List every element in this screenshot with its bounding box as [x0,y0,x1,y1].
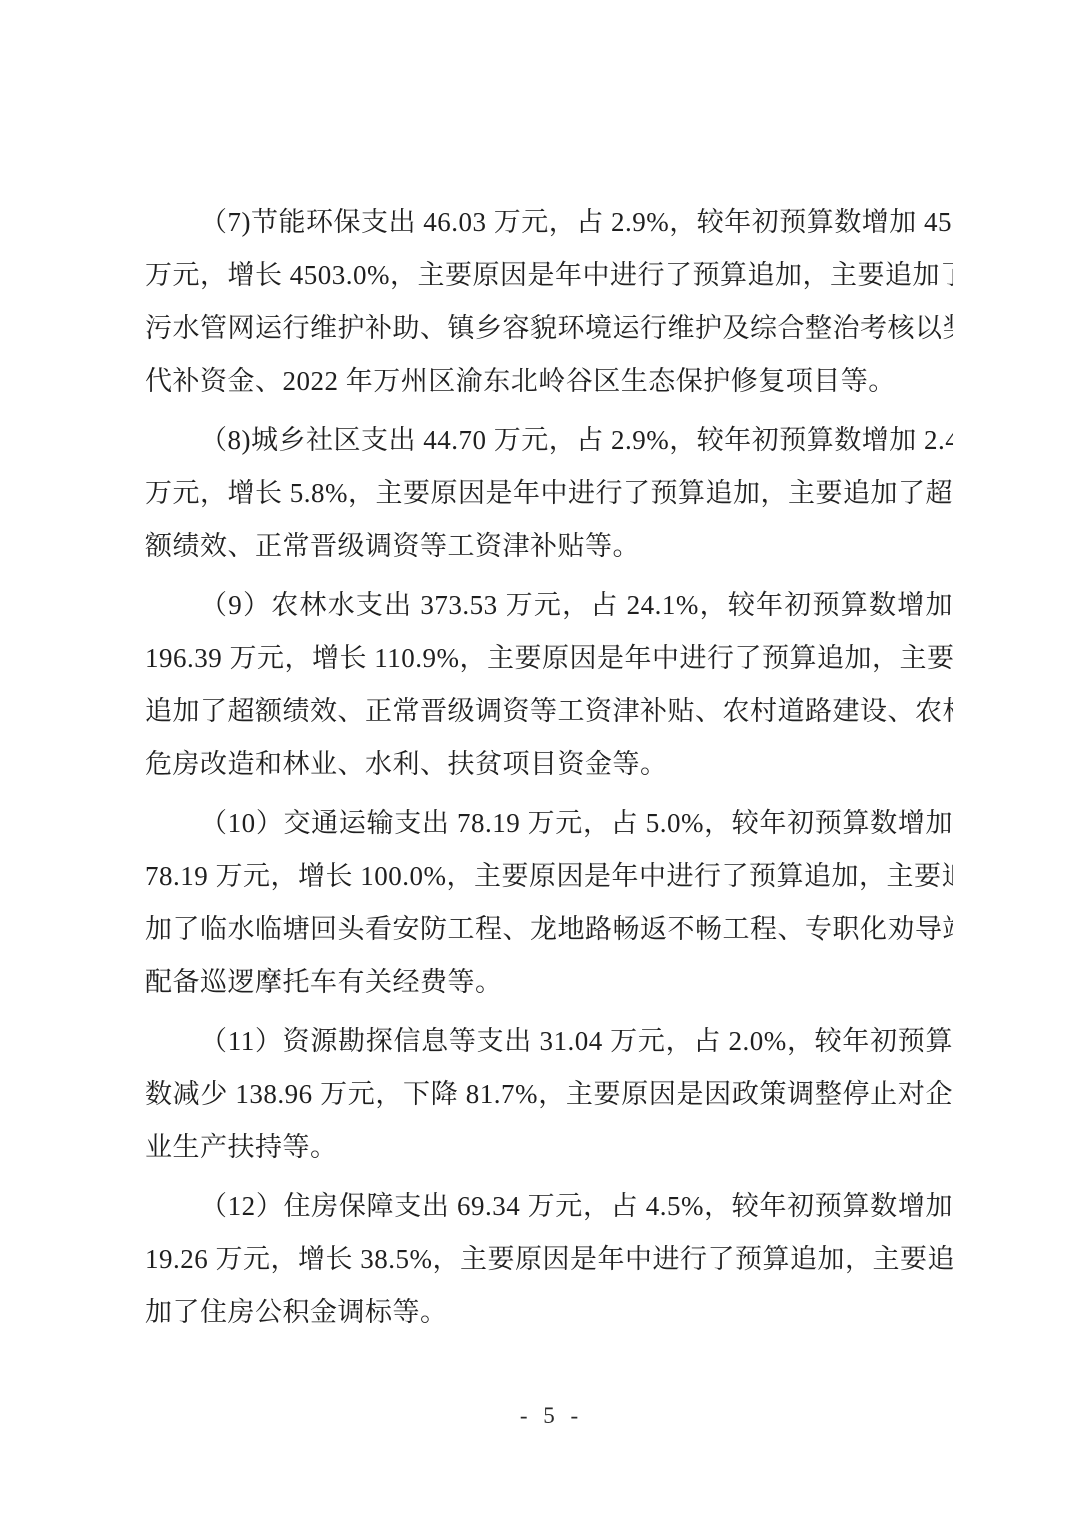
paragraph: （7)节能环保支出 46.03 万元，占 2.9%，较年初预算数增加 45.03… [145,196,953,408]
text-line: （7)节能环保支出 46.03 万元，占 2.9%，较年初预算数增加 45.03 [145,196,953,249]
text-line: 196.39 万元，增长 110.9%，主要原因是年中进行了预算追加，主要 [145,632,953,685]
text-line: 加了住房公积金调标等。 [145,1286,953,1339]
text-line: （8)城乡社区支出 44.70 万元，占 2.9%，较年初预算数增加 2.43 [145,414,953,467]
text-line: （12）住房保障支出 69.34 万元，占 4.5%，较年初预算数增加 [145,1180,953,1233]
text-line: （9）农林水支出 373.53 万元，占 24.1%，较年初预算数增加 [145,579,953,632]
document-page: （7)节能环保支出 46.03 万元，占 2.9%，较年初预算数增加 45.03… [0,0,1075,1520]
text-line: （11）资源勘探信息等支出 31.04 万元，占 2.0%，较年初预算 [145,1015,953,1068]
paragraph: （12）住房保障支出 69.34 万元，占 4.5%，较年初预算数增加19.26… [145,1180,953,1339]
text-line: 业生产扶持等。 [145,1121,953,1174]
text-line: 代补资金、2022 年万州区渝东北岭谷区生态保护修复项目等。 [145,355,953,408]
text-line: 配备巡逻摩托车有关经费等。 [145,956,953,1009]
text-line: 追加了超额绩效、正常晋级调资等工资津补贴、农村道路建设、农村 [145,685,953,738]
text-line: 78.19 万元，增长 100.0%，主要原因是年中进行了预算追加，主要追 [145,850,953,903]
text-line: 万元，增长 4503.0%，主要原因是年中进行了预算追加，主要追加了 [145,249,953,302]
document-body: （7)节能环保支出 46.03 万元，占 2.9%，较年初预算数增加 45.03… [145,196,953,1345]
text-line: 污水管网运行维护补助、镇乡容貌环境运行维护及综合整治考核以奖 [145,302,953,355]
paragraph: （11）资源勘探信息等支出 31.04 万元，占 2.0%，较年初预算数减少 1… [145,1015,953,1174]
text-line: 加了临水临塘回头看安防工程、龙地路畅返不畅工程、专职化劝导站 [145,903,953,956]
page-number: - 5 - [145,1400,953,1432]
text-line: 万元，增长 5.8%，主要原因是年中进行了预算追加，主要追加了超 [145,467,953,520]
text-line: 19.26 万元，增长 38.5%，主要原因是年中进行了预算追加，主要追 [145,1233,953,1286]
paragraph: （9）农林水支出 373.53 万元，占 24.1%，较年初预算数增加196.3… [145,579,953,791]
text-line: 数减少 138.96 万元，下降 81.7%，主要原因是因政策调整停止对企 [145,1068,953,1121]
text-line: 危房改造和林业、水利、扶贫项目资金等。 [145,738,953,791]
text-line: （10）交通运输支出 78.19 万元，占 5.0%，较年初预算数增加 [145,797,953,850]
paragraph: （10）交通运输支出 78.19 万元，占 5.0%，较年初预算数增加78.19… [145,797,953,1009]
text-line: 额绩效、正常晋级调资等工资津补贴等。 [145,520,953,573]
paragraph: （8)城乡社区支出 44.70 万元，占 2.9%，较年初预算数增加 2.43万… [145,414,953,573]
